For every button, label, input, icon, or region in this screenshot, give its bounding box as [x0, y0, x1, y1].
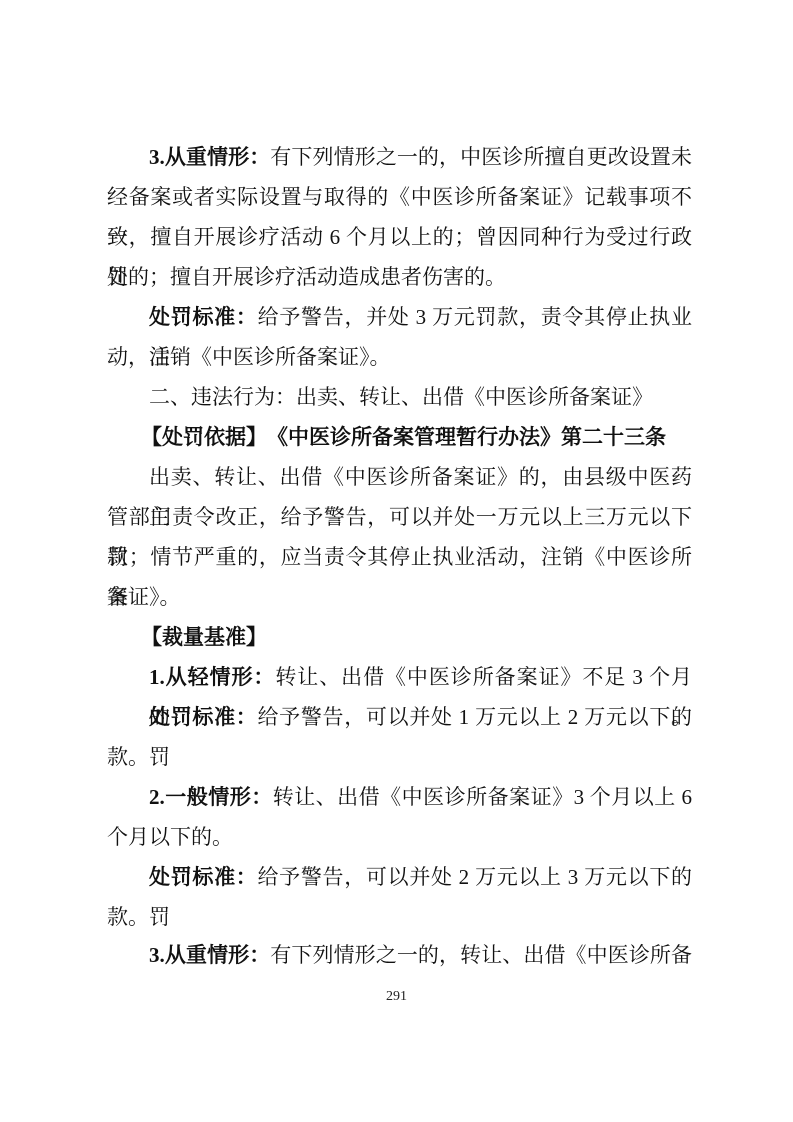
paragraph-line: 案证》。	[107, 577, 692, 617]
text: 款。	[107, 905, 149, 929]
severe-case-line: 3.从重情形：有下列情形之一的，转让、出借《中医诊所备	[149, 935, 692, 975]
paragraph-line: 罚的；擅自开展诊疗活动造成患者伤害的。	[107, 257, 692, 297]
bold-label: 【裁量基准】	[141, 625, 267, 649]
penalty-standard-line: 处罚标准：给予警告，可以并处 2 万元以上 3 万元以下的罚	[149, 857, 692, 897]
text: 款。	[107, 745, 149, 769]
text: 案证》。	[107, 585, 181, 609]
general-case-line: 2.一般情形：转让、出借《中医诊所备案证》3 个月以上 6	[149, 777, 692, 817]
page-number: 291	[0, 987, 793, 1007]
paragraph-line: 款。	[107, 897, 692, 937]
bold-label: 【处罚依据】 《中医诊所备案管理暂行办法》第二十三条	[141, 425, 666, 449]
paragraph-line: 款。	[107, 737, 692, 777]
penalty-basis-heading: 【处罚依据】 《中医诊所备案管理暂行办法》第二十三条	[141, 417, 692, 457]
bold-label: 处罚标准：	[149, 865, 257, 889]
text: 动，注销《中医诊所备案证》。	[107, 345, 391, 369]
paragraph-severe-case-heading: 3.从重情形：有下列情形之一的，中医诊所擅自更改设置未	[149, 137, 692, 177]
paragraph-line: 管部门责令改正，给予警告，可以并处一万元以上三万元以下罚	[107, 497, 692, 537]
paragraph-line: 个月以下的。	[107, 817, 692, 857]
minor-case-line: 1.从轻情形：转让、出借《中医诊所备案证》不足 3 个月的。	[149, 657, 692, 697]
paragraph-line: 款；情节严重的，应当责令其停止执业活动，注销《中医诊所备	[107, 537, 692, 577]
violation-heading: 二、违法行为：出卖、转让、出借《中医诊所备案证》	[149, 377, 692, 417]
bold-label: 1.从轻情形：	[149, 665, 275, 689]
bold-label: 3.从重情形：	[149, 145, 270, 169]
paragraph-line: 出卖、转让、出借《中医诊所备案证》的，由县级中医药主	[149, 457, 692, 497]
paragraph-line: 经备案或者实际设置与取得的《中医诊所备案证》记载事项不一	[107, 177, 692, 217]
penalty-standard-line: 处罚标准：给予警告，可以并处 1 万元以上 2 万元以下的罚	[149, 697, 692, 737]
paragraph-line: 动，注销《中医诊所备案证》。	[107, 337, 692, 377]
text: 个月以下的。	[107, 825, 233, 849]
text: 罚的；擅自开展诊疗活动造成患者伤害的。	[107, 265, 506, 289]
discretion-standard-heading: 【裁量基准】	[141, 617, 684, 657]
text: 有下列情形之一的，中医诊所擅自更改设置未	[270, 145, 692, 169]
bold-label: 处罚标准：	[149, 705, 257, 729]
paragraph-line: 致，擅自开展诊疗活动 6 个月以上的；曾因同种行为受过行政处	[107, 217, 692, 257]
text: 有下列情形之一的，转让、出借《中医诊所备	[270, 943, 692, 967]
bold-label: 3.从重情形：	[149, 943, 270, 967]
bold-label: 2.一般情形：	[149, 785, 273, 809]
document-page: 3.从重情形：有下列情形之一的，中医诊所擅自更改设置未 经备案或者实际设置与取得…	[0, 0, 793, 1122]
bold-label: 处罚标准：	[149, 305, 258, 329]
penalty-standard-line: 处罚标准：给予警告，并处 3 万元罚款，责令其停止执业活	[149, 297, 692, 337]
text: 二、违法行为：出卖、转让、出借《中医诊所备案证》	[149, 385, 653, 409]
text: 转让、出借《中医诊所备案证》3 个月以上 6	[273, 785, 692, 809]
